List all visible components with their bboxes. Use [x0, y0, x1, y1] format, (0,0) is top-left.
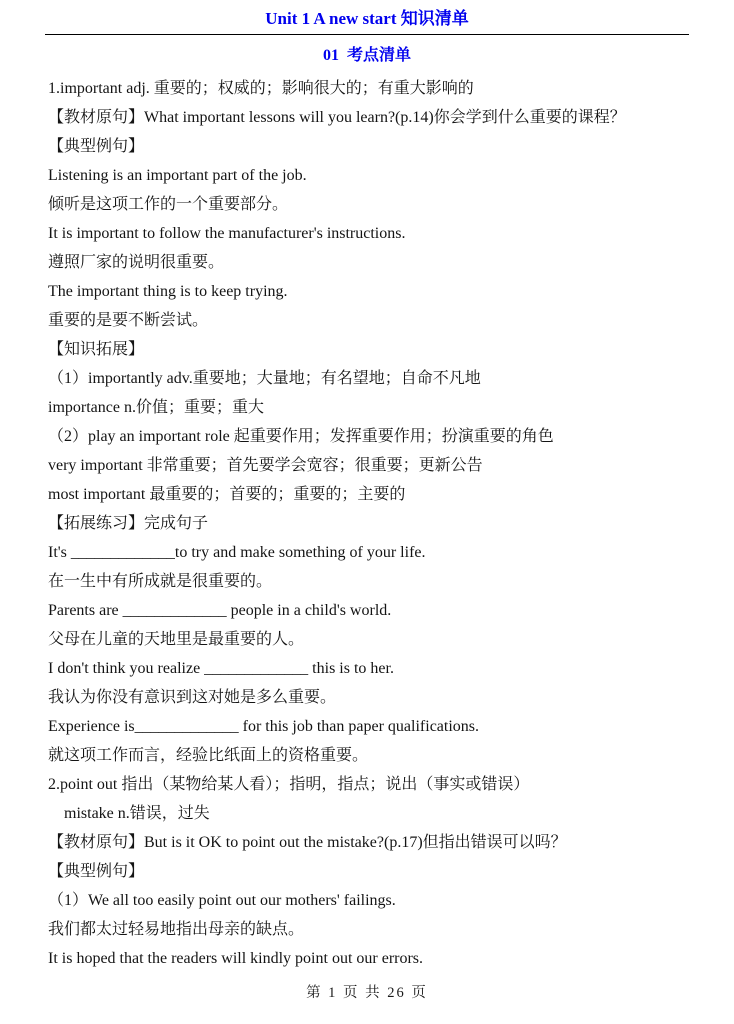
- document-line: 父母在儿童的天地里是最重要的人。: [48, 625, 688, 654]
- document-line: Parents are _____________ people in a ch…: [48, 596, 688, 625]
- document-line: 我认为你没有意识到这对她是多么重要。: [48, 683, 688, 712]
- document-line: 【教材原句】But is it OK to point out the mist…: [48, 828, 688, 857]
- document-line: most important 最重要的；首要的；重要的；主要的: [48, 480, 688, 509]
- document-line: 在一生中有所成就是很重要的。: [48, 567, 688, 596]
- document-line: 重要的是要不断尝试。: [48, 306, 688, 335]
- document-line: importance n.价值；重要；重大: [48, 393, 688, 422]
- document-line: 【教材原句】What important lessons will you le…: [48, 103, 688, 132]
- document-body: 1.important adj. 重要的；权威的；影响很大的；有重大影响的【教材…: [48, 74, 688, 973]
- page-number-footer: 第 1 页 共 26 页: [0, 981, 734, 1002]
- document-line: It's _____________to try and make someth…: [48, 538, 688, 567]
- document-line: 【拓展练习】完成句子: [48, 509, 688, 538]
- document-line: It is important to follow the manufactur…: [48, 219, 688, 248]
- section-heading: 01 考点清单: [0, 46, 734, 66]
- document-line: （1）We all too easily point out our mothe…: [48, 886, 688, 915]
- document-line: 2.point out 指出（某物给某人看）；指明，指点；说出（事实或错误）: [48, 770, 688, 799]
- document-line: mistake n.错误，过失: [48, 799, 688, 828]
- document-line: It is hoped that the readers will kindly…: [48, 944, 688, 973]
- document-line: 我们都太过轻易地指出母亲的缺点。: [48, 915, 688, 944]
- document-line: 倾听是这项工作的一个重要部分。: [48, 190, 688, 219]
- document-line: （2）play an important role 起重要作用；发挥重要作用；扮…: [48, 422, 688, 451]
- document-line: 遵照厂家的说明很重要。: [48, 248, 688, 277]
- document-line: I don't think you realize _____________ …: [48, 654, 688, 683]
- document-line: 【知识拓展】: [48, 335, 688, 364]
- document-line: Experience is_____________ for this job …: [48, 712, 688, 741]
- document-page: Unit 1 A new start 知识清单 01 考点清单 1.import…: [0, 0, 734, 1024]
- document-line: 就这项工作而言，经验比纸面上的资格重要。: [48, 741, 688, 770]
- document-line: （1）importantly adv.重要地；大量地；有名望地；自命不凡地: [48, 364, 688, 393]
- document-line: very important 非常重要；首先要学会宽容；很重要；更新公告: [48, 451, 688, 480]
- title-divider: [45, 34, 689, 35]
- document-line: 【典型例句】: [48, 857, 688, 886]
- document-title: Unit 1 A new start 知识清单: [0, 0, 734, 29]
- document-line: 1.important adj. 重要的；权威的；影响很大的；有重大影响的: [48, 74, 688, 103]
- document-line: 【典型例句】: [48, 132, 688, 161]
- document-line: Listening is an important part of the jo…: [48, 161, 688, 190]
- document-line: The important thing is to keep trying.: [48, 277, 688, 306]
